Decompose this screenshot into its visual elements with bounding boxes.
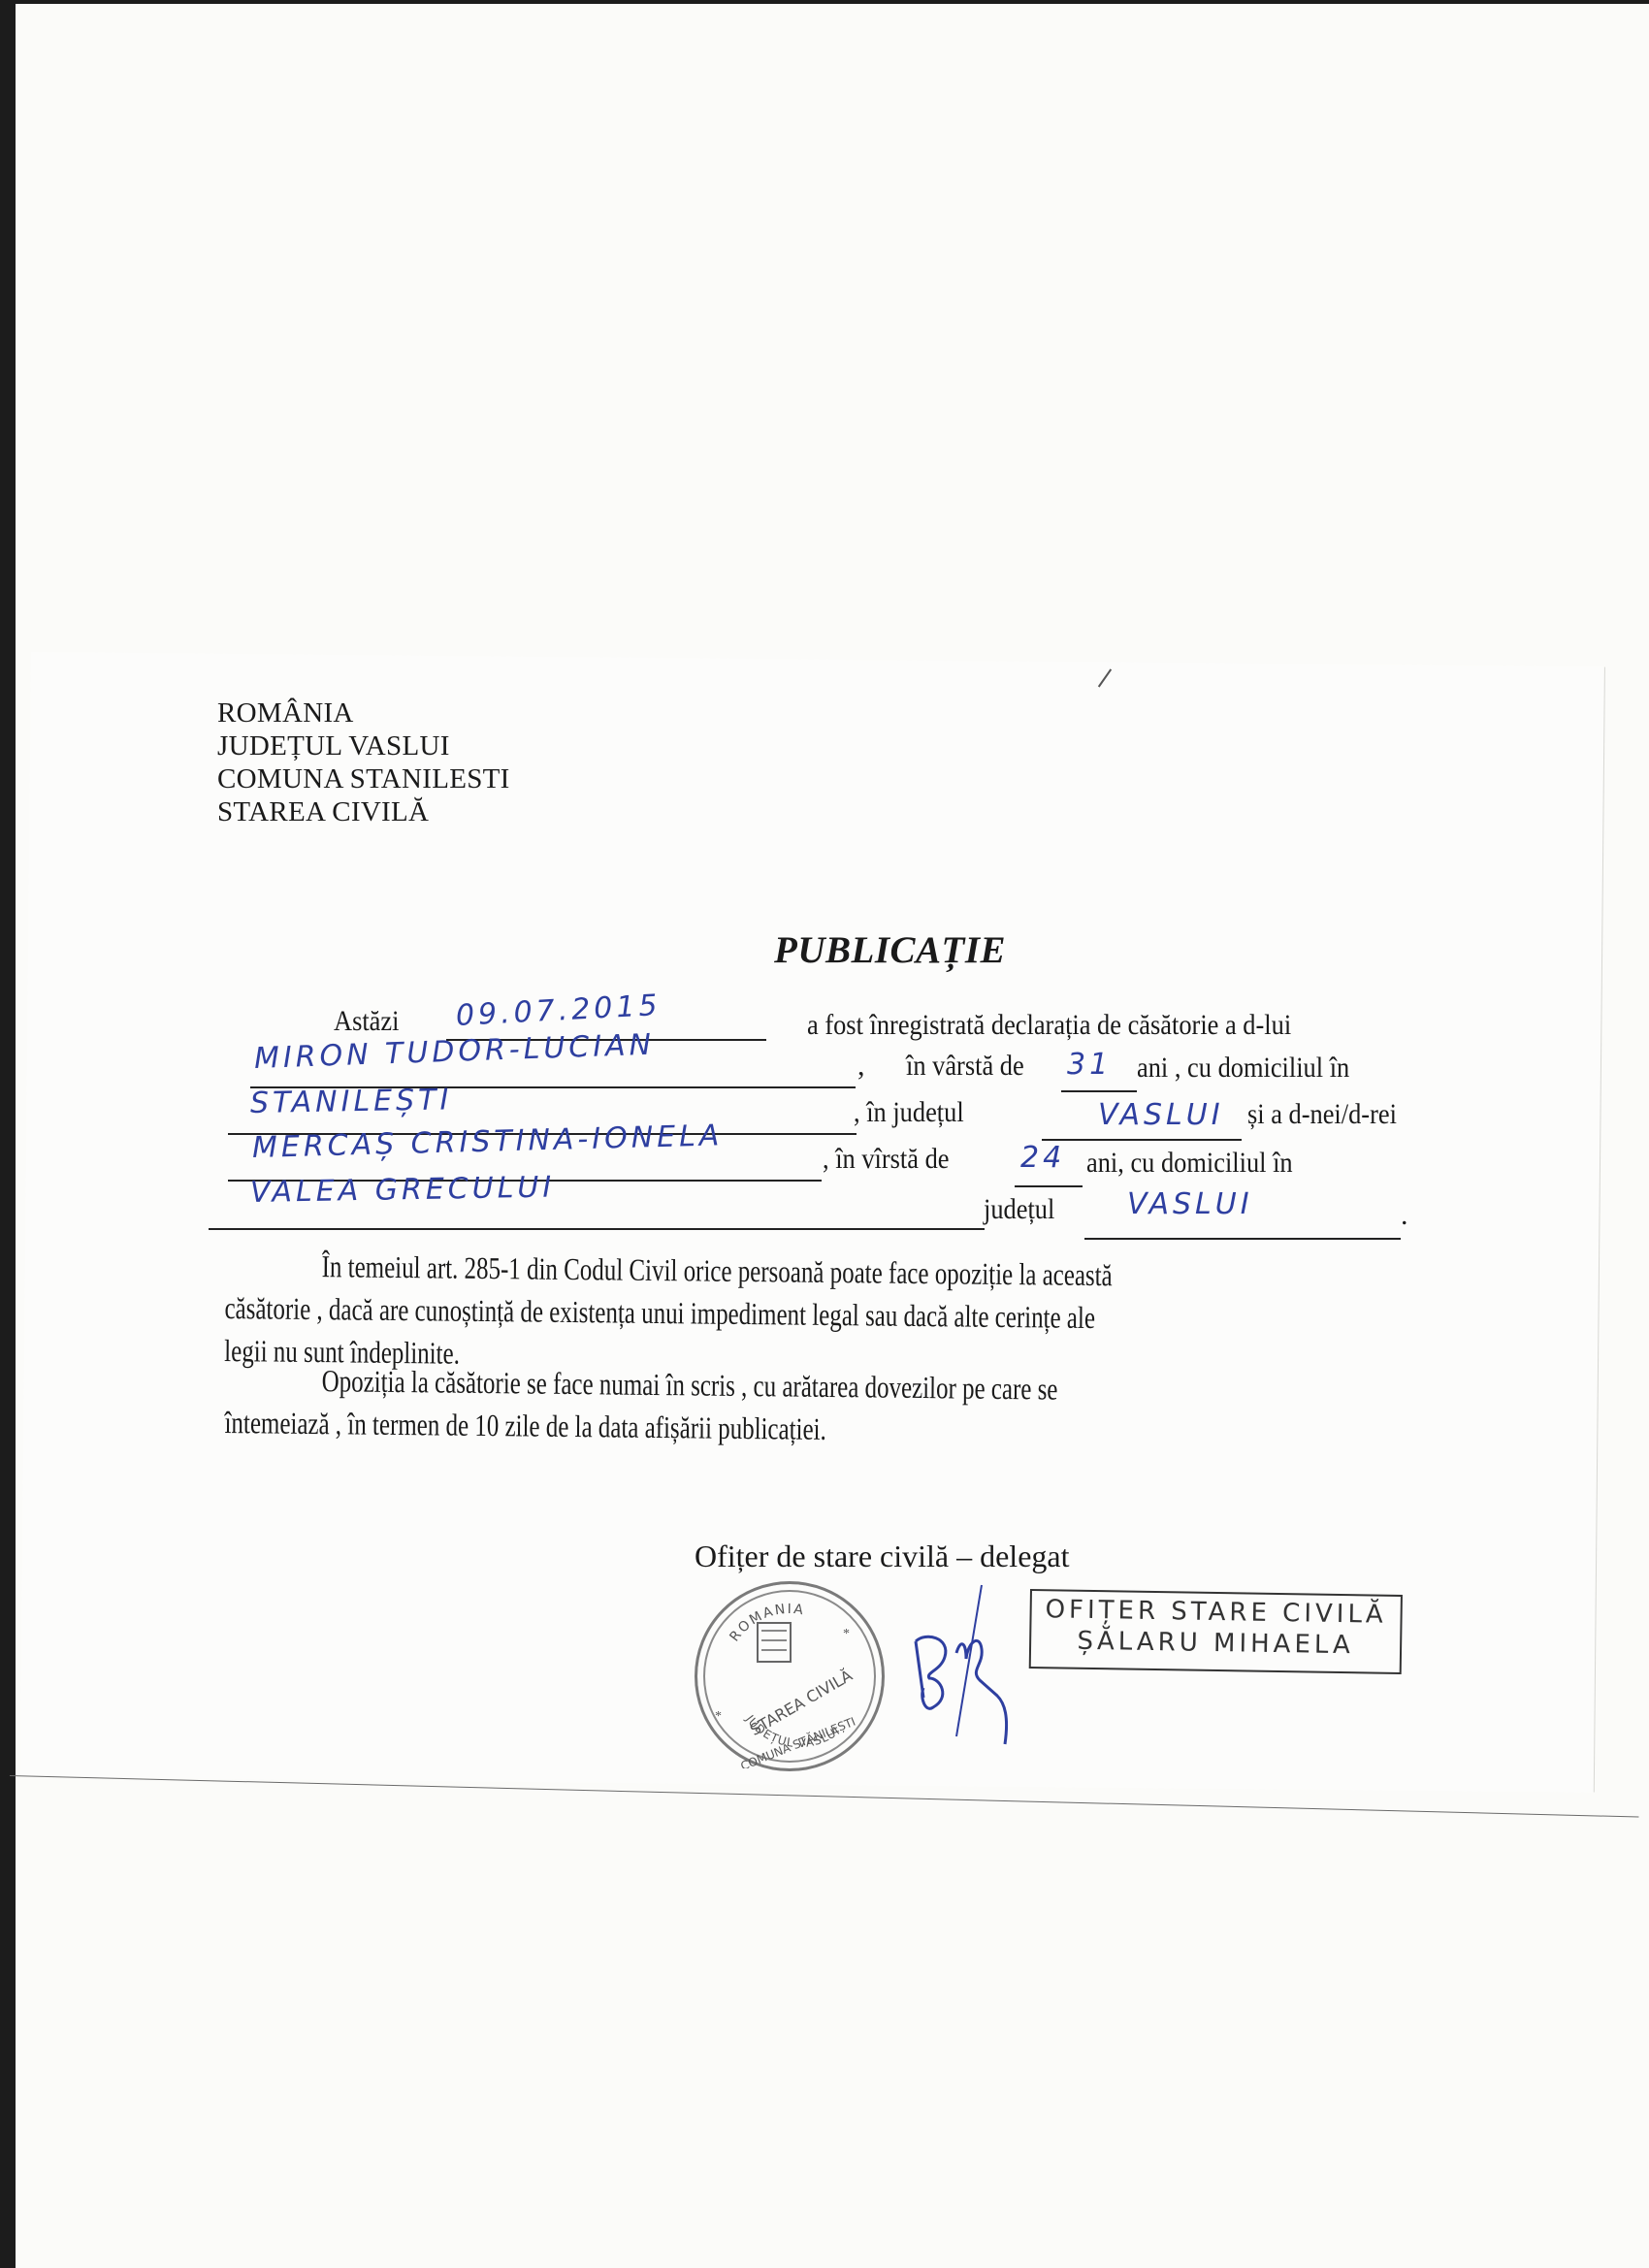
comma: , (857, 1050, 865, 1083)
period: . (1401, 1199, 1408, 1232)
officer-label: Ofițer de stare civilă – delegat (695, 1539, 1069, 1574)
groom-age-suffix: ani , cu domiciliul în (1137, 1052, 1349, 1085)
official-seal: ROMANIA STAREA CIVILĂ JUDEȚUL VASLUI COM… (695, 1581, 885, 1771)
header-country: ROMÂNIA (217, 697, 510, 729)
bride-age-suffix: ani, cu domiciliul în (1086, 1147, 1293, 1180)
handwritten-signature (912, 1581, 1038, 1751)
header-county: JUDEȚUL VASLUI (217, 729, 510, 762)
seal-emblem-icon: ROMANIA STAREA CIVILĂ JUDEȚUL VASLUI COM… (697, 1584, 882, 1768)
registered-text: a fost înregistrată declarația de căsăto… (807, 1009, 1291, 1042)
bride-county-label: județul (984, 1193, 1054, 1226)
groom-county-value: VASLUI (1098, 1098, 1224, 1132)
svg-text:*: * (715, 1709, 722, 1724)
officer-title: OFIȚER STARE CIVILĂ (1031, 1595, 1400, 1630)
svg-text:*: * (843, 1627, 850, 1641)
issuer-header: ROMÂNIA JUDEȚUL VASLUI COMUNA STANILESTI… (217, 697, 510, 828)
document-title: PUBLICAȚIE (774, 928, 1006, 972)
groom-age-label: în vârstă de (906, 1050, 1024, 1083)
scanner-border-top (0, 0, 1649, 4)
bride-age-value: 24 (1020, 1141, 1065, 1175)
header-commune: COMUNA STANILESTI (217, 762, 510, 795)
groom-county-label: , în județul (854, 1096, 964, 1129)
astazi-label: Astăzi (334, 1005, 399, 1038)
groom-locality-value: STANILEȘTI (250, 1083, 453, 1120)
bride-locality-value: VALEA GRECULUI (250, 1171, 556, 1210)
scanner-border-left (0, 0, 16, 2268)
bride-age-label: , în vîrstă de (823, 1143, 950, 1176)
signature-icon (912, 1581, 1038, 1746)
legal-paragraph-2: Opoziția la căsătorie se face numai în s… (224, 1358, 1277, 1455)
groom-age-value: 31 (1067, 1048, 1112, 1082)
header-department: STAREA CIVILĂ (217, 795, 510, 828)
bride-intro: și a d-nei/d-rei (1247, 1098, 1397, 1131)
bride-county-value: VASLUI (1127, 1187, 1253, 1221)
officer-name-stamp: OFIȚER STARE CIVILĂ ȘĂLARU MIHAELA (1029, 1589, 1403, 1674)
officer-name: ȘĂLARU MIHAELA (1031, 1626, 1400, 1661)
